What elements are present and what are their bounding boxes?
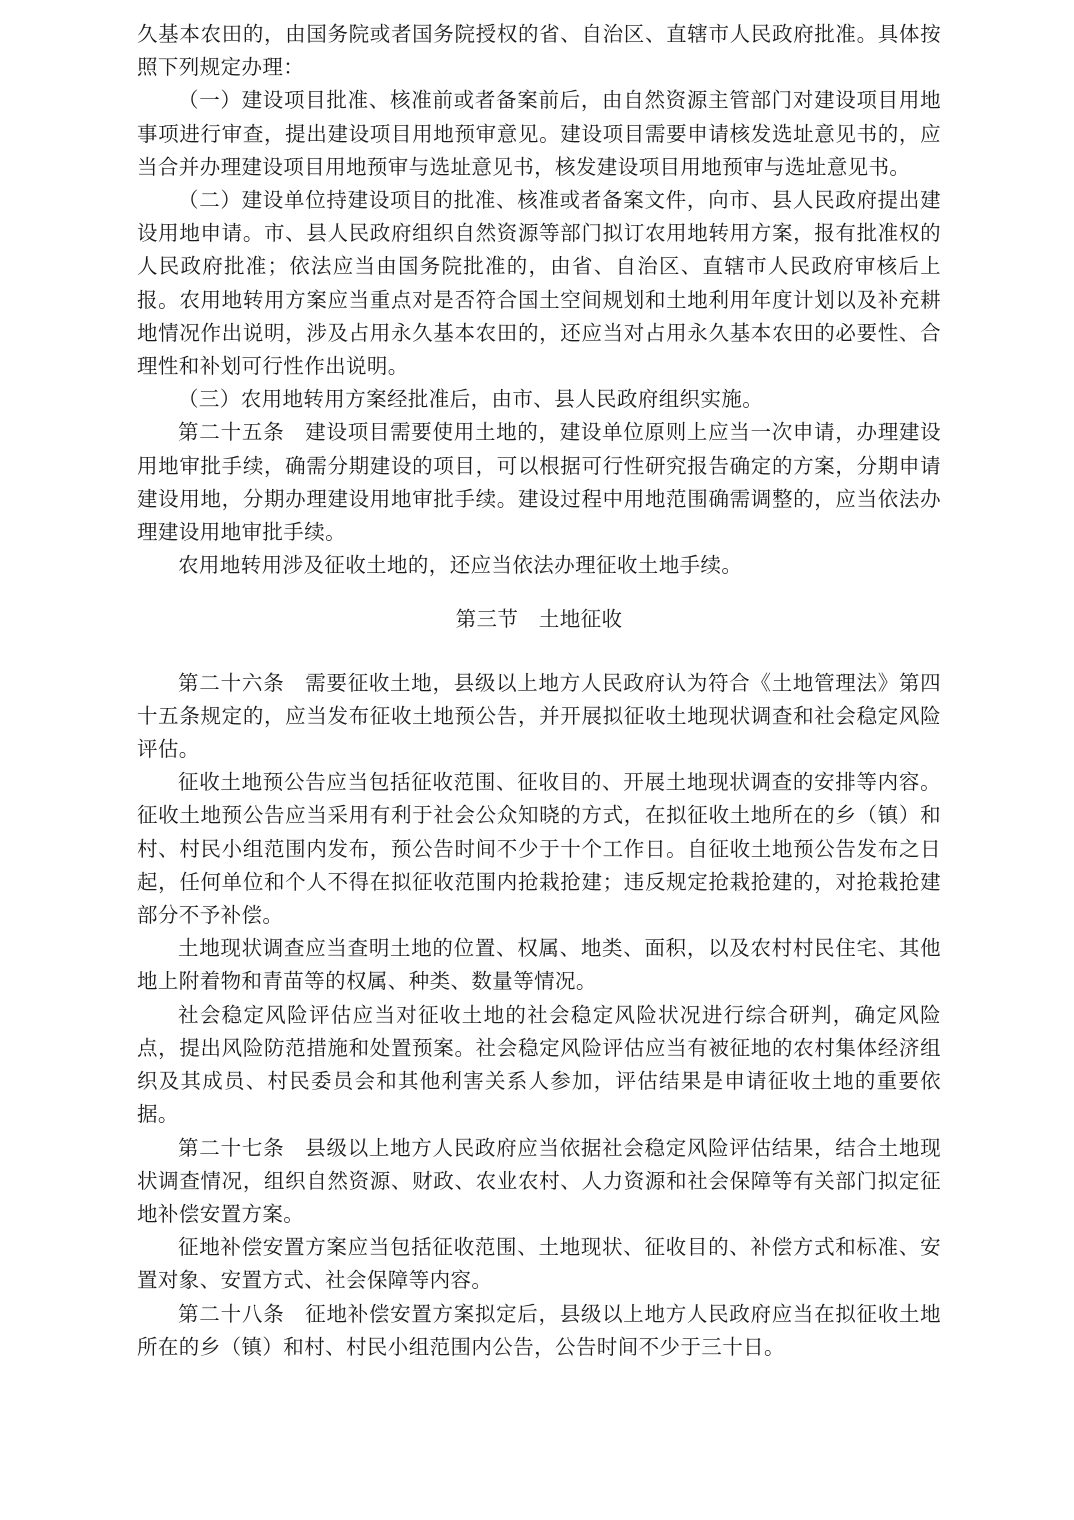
- article-27: 第二十七条县级以上地方人民政府应当依据社会稳定风险评估结果，结合土地现状调查情况…: [137, 1132, 941, 1232]
- article-number: 第二十五条: [178, 420, 285, 444]
- paragraph-text: （一）建设项目批准、核准前或者备案前后，由自然资源主管部门对建设项目用地事项进行…: [137, 88, 941, 178]
- paragraph-item-2: （二）建设单位持建设项目的批准、核准或者备案文件，向市、县人民政府提出建设用地申…: [137, 184, 941, 383]
- paragraph-risk-assessment: 社会稳定风险评估应当对征收土地的社会稳定风险状况进行综合研判，确定风险点，提出风…: [137, 999, 941, 1132]
- paragraph-text: （三）农用地转用方案经批准后，由市、县人民政府组织实施。: [178, 387, 763, 411]
- section-number: 第三节: [456, 607, 519, 631]
- paragraph-item-1: （一）建设项目批准、核准前或者备案前后，由自然资源主管部门对建设项目用地事项进行…: [137, 84, 941, 184]
- article-number: 第二十七条: [178, 1136, 285, 1160]
- document-page: 久基本农田的，由国务院或者国务院授权的省、自治区、直辖市人民政府批准。具体按照下…: [137, 18, 941, 1364]
- paragraph-text: 久基本农田的，由国务院或者国务院授权的省、自治区、直辖市人民政府批准。具体按照下…: [137, 22, 941, 79]
- article-28: 第二十八条征地补偿安置方案拟定后，县级以上地方人民政府应当在拟征收土地所在的乡（…: [137, 1298, 941, 1364]
- section-title: 土地征收: [539, 607, 623, 631]
- section-heading: 第三节土地征收: [137, 603, 941, 636]
- paragraph-text: 社会稳定风险评估应当对征收土地的社会稳定风险状况进行综合研判，确定风险点，提出风…: [137, 1003, 941, 1127]
- article-number: 第二十八条: [178, 1302, 285, 1326]
- paragraph-continuation: 久基本农田的，由国务院或者国务院授权的省、自治区、直辖市人民政府批准。具体按照下…: [137, 18, 941, 84]
- paragraph-land-acquisition-note: 农用地转用涉及征收土地的，还应当依法办理征收土地手续。: [137, 549, 941, 582]
- paragraph-text: 征地补偿安置方案应当包括征收范围、土地现状、征收目的、补偿方式和标准、安置对象、…: [137, 1235, 941, 1292]
- paragraph-text: （二）建设单位持建设项目的批准、核准或者备案文件，向市、县人民政府提出建设用地申…: [137, 188, 941, 378]
- paragraph-pre-announcement: 征收土地预公告应当包括征收范围、征收目的、开展土地现状调查的安排等内容。征收土地…: [137, 766, 941, 932]
- paragraph-text: 土地现状调查应当查明土地的位置、权属、地类、面积，以及农村村民住宅、其他地上附着…: [137, 936, 941, 993]
- paragraph-text: 农用地转用涉及征收土地的，还应当依法办理征收土地手续。: [178, 553, 742, 577]
- paragraph-land-survey: 土地现状调查应当查明土地的位置、权属、地类、面积，以及农村村民住宅、其他地上附着…: [137, 932, 941, 998]
- article-25: 第二十五条建设项目需要使用土地的，建设单位原则上应当一次申请，办理建设用地审批手…: [137, 416, 941, 549]
- article-number: 第二十六条: [178, 671, 285, 695]
- paragraph-text: 征收土地预公告应当包括征收范围、征收目的、开展土地现状调查的安排等内容。征收土地…: [137, 770, 941, 927]
- article-26: 第二十六条需要征收土地，县级以上地方人民政府认为符合《土地管理法》第四十五条规定…: [137, 667, 941, 767]
- paragraph-item-3: （三）农用地转用方案经批准后，由市、县人民政府组织实施。: [137, 383, 941, 416]
- paragraph-compensation-plan: 征地补偿安置方案应当包括征收范围、土地现状、征收目的、补偿方式和标准、安置对象、…: [137, 1231, 941, 1297]
